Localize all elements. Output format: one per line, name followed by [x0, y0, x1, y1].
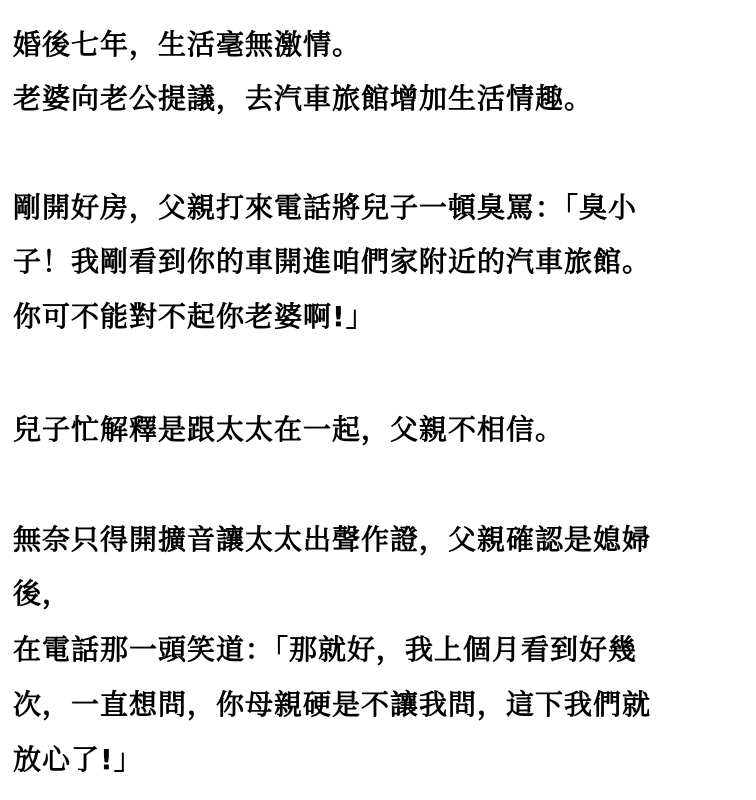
text-line: 剛開好房，父親打來電話將兒子一頓臭罵：「臭小 [13, 188, 637, 228]
text-line: 無奈只得開擴音讓太太出聲作證，父親確認是媳婦 [13, 520, 651, 560]
text-line: 老婆向老公提議，去汽車旅館增加生活情趣。 [13, 79, 593, 119]
text-line: 後， [13, 574, 71, 614]
text-line: 你可不能對不起你老婆啊!」 [13, 297, 375, 337]
text-line: 在電話那一頭笑道：「那就好，我上個月看到好幾 [13, 630, 637, 670]
text-line: 放心了!」 [13, 740, 143, 780]
text-line: 兒子忙解釋是跟太太在一起，父親不相信。 [13, 410, 564, 450]
text-line: 婚後七年，生活毫無激情。 [13, 25, 361, 65]
text-line: 子！我剛看到你的車開進咱們家附近的汽車旅館。 [13, 242, 651, 282]
text-line: 次，一直想問，你母親硬是不讓我問，這下我們就 [13, 685, 651, 725]
